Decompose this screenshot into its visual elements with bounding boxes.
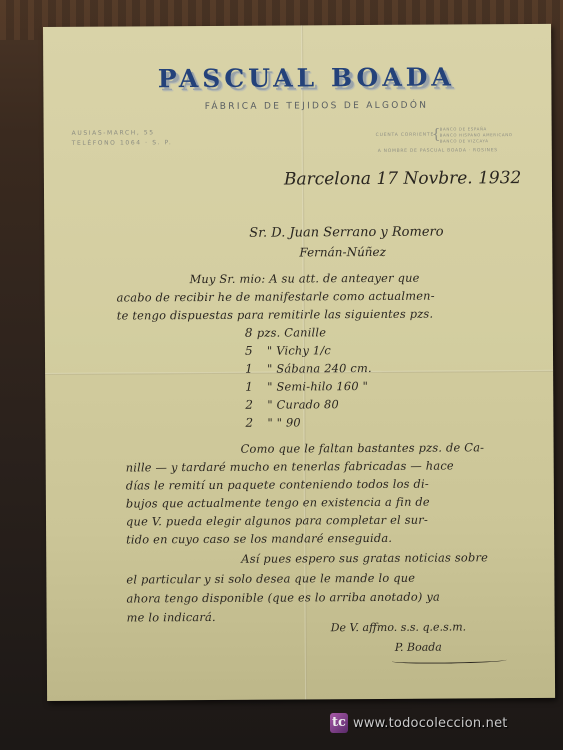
body-line: te tengo dispuestas para remitirle las s… [117, 307, 434, 323]
todocoleccion-logo-icon: tc [330, 713, 348, 733]
company-address: AUSIAS-MARCH, 55 [72, 129, 155, 137]
item-desc: pzs. Canille [257, 325, 326, 339]
item-desc: " " 90 [267, 415, 301, 429]
letter-date: Barcelona 17 Novbre. 1932 [284, 168, 522, 189]
company-name: PASCUAL BOADA [111, 62, 501, 93]
item-desc: " Semi-hilo 160 " [267, 379, 368, 394]
item-qty: 5 [245, 344, 253, 358]
signature: P. Boada [395, 641, 442, 654]
item-desc: " Curado 80 [267, 397, 339, 411]
bank-account-label: CUENTA CORRIENTE [376, 133, 434, 138]
item-desc: " Sábana 240 cm. [267, 361, 372, 376]
item-qty: 2 [245, 398, 253, 412]
bank-list: BANCO DE ESPAÑA BANCO HISPANO AMERICANO … [440, 126, 513, 144]
body-line: ahora tengo disponible (que es lo arriba… [126, 590, 440, 606]
signature-flourish [392, 657, 507, 664]
letter-closing: De V. affmo. s.s. q.e.s.m. [331, 620, 467, 634]
body-line: Como que le faltan bastantes pzs. de Ca- [241, 440, 485, 455]
bank-note: A NOMBRE DE PASCUAL BOADA · ROSINES [378, 148, 498, 154]
company-tagline: FÁBRICA DE TEJIDOS DE ALGODÓN [151, 100, 481, 112]
company-phone: TELÉFONO 1064 · S. P. [72, 139, 173, 147]
body-line: tido en cuyo caso se los mandaré ensegui… [126, 531, 392, 547]
body-line: bujos que actualmente tengo en existenci… [126, 495, 430, 511]
item-qty: 1 [245, 362, 253, 376]
body-line: que V. pueda elegir algunos para complet… [126, 513, 428, 529]
body-line: el particular y si solo desea que le man… [126, 571, 415, 587]
body-line: Así pues espero sus gratas noticias sobr… [241, 550, 488, 566]
body-line: nille — y tardaré mucho en tenerlas fabr… [126, 458, 454, 474]
item-qty: 2 [245, 416, 253, 430]
body-line: días le remití un paquete conteniendo to… [126, 477, 429, 493]
item-qty: 1 [245, 380, 253, 394]
body-line: me lo indicará. [127, 610, 216, 625]
item-qty: 8 [245, 326, 253, 340]
letter-paper: PASCUAL BOADA FÁBRICA DE TEJIDOS DE ALGO… [43, 24, 555, 701]
body-line: Muy Sr. mio: A su att. de anteayer que [190, 271, 420, 286]
item-desc: " Vichy 1/c [267, 343, 331, 357]
body-line: acabo de recibir he de manifestarle como… [117, 289, 435, 305]
recipient-location: Fernán-Núñez [299, 245, 386, 260]
watermark: tc www.todocoleccion.net [330, 713, 508, 733]
watermark-text: www.todocoleccion.net [353, 716, 508, 731]
recipient-name: Sr. D. Juan Serrano y Romero [249, 225, 443, 241]
